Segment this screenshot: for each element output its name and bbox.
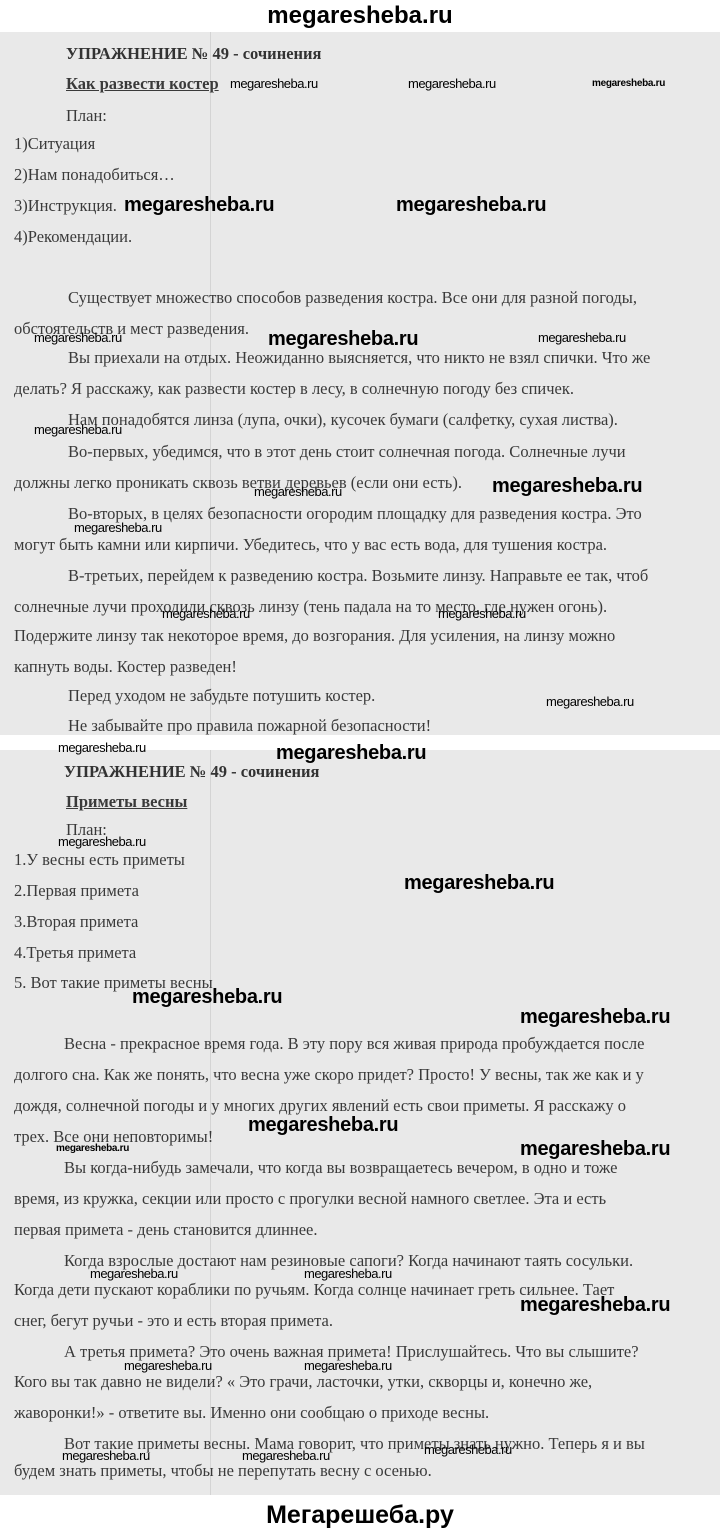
- watermark: megaresheba.ru: [34, 330, 122, 345]
- paragraph-line: Кого вы так давно не видели? « Это грачи…: [14, 1372, 592, 1392]
- site-header[interactable]: megaresheba.ru: [0, 0, 720, 32]
- paragraph-line: Нам понадобятся линза (лупа, очки), кусо…: [68, 410, 618, 430]
- watermark: megaresheba.ru: [520, 1006, 670, 1029]
- paragraph-line: должны легко проникать сквозь ветви дере…: [14, 473, 462, 493]
- plan-item: 1)Ситуация: [14, 134, 95, 154]
- plan-item: 3)Инструкция.: [14, 196, 117, 216]
- watermark: megaresheba.ru: [90, 1266, 178, 1281]
- essay-title: Приметы весны: [66, 792, 187, 812]
- paragraph-line: Не забывайте про правила пожарной безопа…: [68, 716, 431, 736]
- watermark: megaresheba.ru: [408, 76, 496, 91]
- watermark: megaresheba.ru: [230, 76, 318, 91]
- paragraph-line: Во-первых, убедимся, что в этот день сто…: [68, 442, 626, 462]
- watermark: megaresheba.ru: [546, 694, 634, 709]
- plan-item: 1.У весны есть приметы: [14, 850, 185, 870]
- paragraph-line: Перед уходом не забудьте потушить костер…: [68, 686, 375, 706]
- watermark: megaresheba.ru: [268, 328, 418, 351]
- paragraph-line: жаворонки!» - ответите вы. Именно они со…: [14, 1403, 489, 1423]
- watermark: megaresheba.ru: [592, 78, 665, 89]
- paragraph-line: первая примета - день становится длиннее…: [14, 1220, 317, 1240]
- watermark: megaresheba.ru: [254, 484, 342, 499]
- paragraph-line: В-третьих, перейдем к разведению костра.…: [68, 566, 648, 586]
- essay-title: Как развести костер: [66, 74, 219, 94]
- scan-page-2: УПРАЖНЕНИЕ № 49 - сочинения Приметы весн…: [0, 750, 720, 1495]
- paragraph-line: Вы приехали на отдых. Неожиданно выясняе…: [68, 348, 650, 368]
- exercise-heading: УПРАЖНЕНИЕ № 49 - сочинения: [64, 762, 319, 782]
- watermark: megaresheba.ru: [304, 1358, 392, 1373]
- paragraph-line: Весна - прекрасное время года. В эту пор…: [64, 1034, 644, 1054]
- watermark: megaresheba.ru: [438, 606, 526, 621]
- watermark: megaresheba.ru: [248, 1114, 398, 1137]
- watermark: megaresheba.ru: [132, 986, 282, 1009]
- watermark: megaresheba.ru: [304, 1266, 392, 1281]
- plan-item: 4)Рекомендации.: [14, 227, 132, 247]
- watermark: megaresheba.ru: [56, 1143, 129, 1154]
- paragraph-line: капнуть воды. Костер разведен!: [14, 657, 237, 677]
- watermark: megaresheba.ru: [404, 872, 554, 895]
- paragraph-line: Вот такие приметы весны. Мама говорит, ч…: [64, 1434, 645, 1454]
- paragraph-line: могут быть камни или кирпичи. Убедитесь,…: [14, 535, 607, 555]
- paragraph-line: Вы когда-нибудь замечали, что когда вы в…: [64, 1158, 617, 1178]
- paragraph-line: время, из кружка, секции или просто с пр…: [14, 1189, 606, 1209]
- watermark: megaresheba.ru: [34, 422, 122, 437]
- plan-item: 2.Первая примета: [14, 881, 139, 901]
- exercise-heading: УПРАЖНЕНИЕ № 49 - сочинения: [66, 44, 321, 64]
- watermark: megaresheba.ru: [242, 1448, 330, 1463]
- paragraph-line: Подержите линзу так некоторое время, до …: [14, 626, 615, 646]
- site-footer[interactable]: Мегарешеба.ру: [0, 1497, 720, 1533]
- watermark: megaresheba.ru: [396, 194, 546, 217]
- paragraph-line: дождя, солнечной погоды и у многих други…: [14, 1096, 626, 1116]
- watermark: megaresheba.ru: [520, 1294, 670, 1317]
- watermark: megaresheba.ru: [58, 740, 146, 755]
- watermark: megaresheba.ru: [492, 475, 642, 498]
- paragraph-line: долгого сна. Как же понять, что весна уж…: [14, 1065, 644, 1085]
- watermark: megaresheba.ru: [62, 1448, 150, 1463]
- watermark: megaresheba.ru: [124, 194, 274, 217]
- plan-label: План:: [66, 106, 107, 126]
- watermark: megaresheba.ru: [276, 742, 426, 765]
- watermark: megaresheba.ru: [520, 1138, 670, 1161]
- plan-item: 3.Вторая примета: [14, 912, 138, 932]
- scan-page-1: УПРАЖНЕНИЕ № 49 - сочинения Как развести…: [0, 32, 720, 735]
- watermark: megaresheba.ru: [124, 1358, 212, 1373]
- watermark: megaresheba.ru: [58, 834, 146, 849]
- paragraph-line: делать? Я расскажу, как развести костер …: [14, 379, 574, 399]
- plan-item: 4.Третья примета: [14, 943, 136, 963]
- watermark: megaresheba.ru: [424, 1442, 512, 1457]
- paragraph-line: будем знать приметы, чтобы не перепутать…: [14, 1461, 432, 1481]
- watermark: megaresheba.ru: [74, 520, 162, 535]
- watermark: megaresheba.ru: [162, 606, 250, 621]
- watermark: megaresheba.ru: [538, 330, 626, 345]
- plan-item: 2)Нам понадобиться…: [14, 165, 175, 185]
- paragraph-line: снег, бегут ручьи - это и есть вторая пр…: [14, 1311, 333, 1331]
- paragraph-line: Существует множество способов разведения…: [68, 288, 637, 308]
